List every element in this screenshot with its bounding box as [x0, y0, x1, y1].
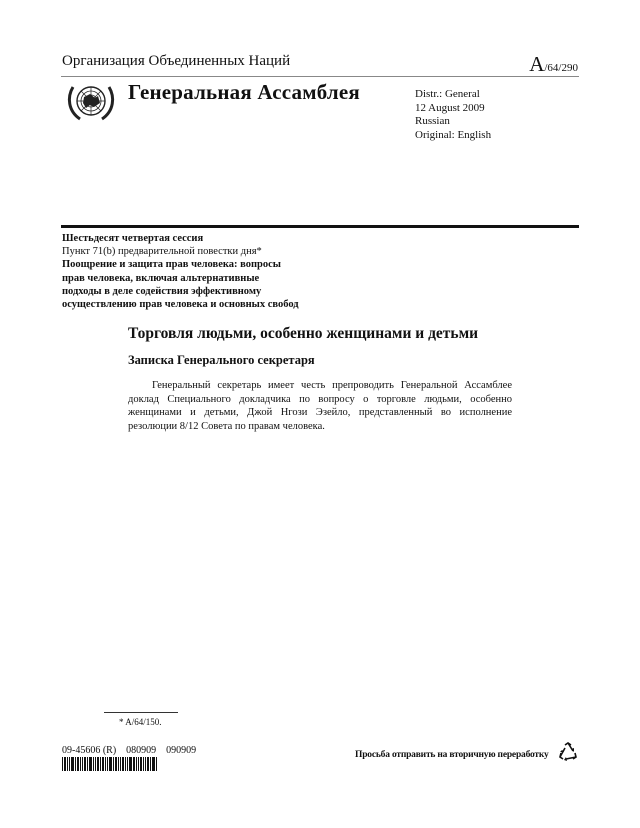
- header-divider: [61, 76, 579, 77]
- agenda-block: Шестьдесят четвертая сессия Пункт 71(b) …: [62, 232, 362, 311]
- symbol-letter: A: [529, 52, 544, 76]
- recycle-icon: [557, 741, 579, 763]
- assembly-title: Генеральная Ассамблея: [128, 80, 360, 105]
- distribution-info: Distr.: General 12 August 2009 Russian O…: [415, 88, 491, 142]
- footnote-divider: [104, 712, 178, 713]
- body-paragraph: Генеральный секретарь имеет честь препро…: [128, 379, 512, 433]
- document-symbol: A/64/290: [529, 52, 578, 77]
- document-language: Russian: [415, 115, 491, 129]
- organization-name: Организация Объединенных Наций: [62, 53, 290, 70]
- document-subtitle: Записка Генерального секретаря: [128, 353, 315, 368]
- recycle-notice: Просьба отправить на вторичную переработ…: [355, 750, 549, 760]
- agenda-item: Пункт 71(b) предварительной повестки дня…: [62, 245, 362, 258]
- footnote: * A/64/150.: [119, 717, 162, 727]
- original-language: Original: English: [415, 129, 491, 143]
- distribution-type: Distr.: General: [415, 88, 491, 102]
- agenda-topic-line: прав человека, включая альтернативные: [62, 272, 362, 285]
- barcode-icon: [62, 757, 176, 771]
- document-number: 09-45606 (R) 080909 090909: [62, 745, 196, 756]
- un-emblem-icon: [64, 79, 118, 125]
- document-title: Торговля людьми, особенно женщинами и де…: [128, 325, 478, 343]
- agenda-topic-line: осуществлению прав человека и основных с…: [62, 298, 362, 311]
- agenda-topic-line: Поощрение и защита прав человека: вопрос…: [62, 258, 362, 271]
- symbol-number: /64/290: [544, 62, 578, 74]
- document-date: 12 August 2009: [415, 102, 491, 116]
- session-label: Шестьдесят четвертая сессия: [62, 232, 362, 245]
- agenda-topic-line: подходы в деле содействия эффективному: [62, 285, 362, 298]
- section-divider: [61, 225, 579, 228]
